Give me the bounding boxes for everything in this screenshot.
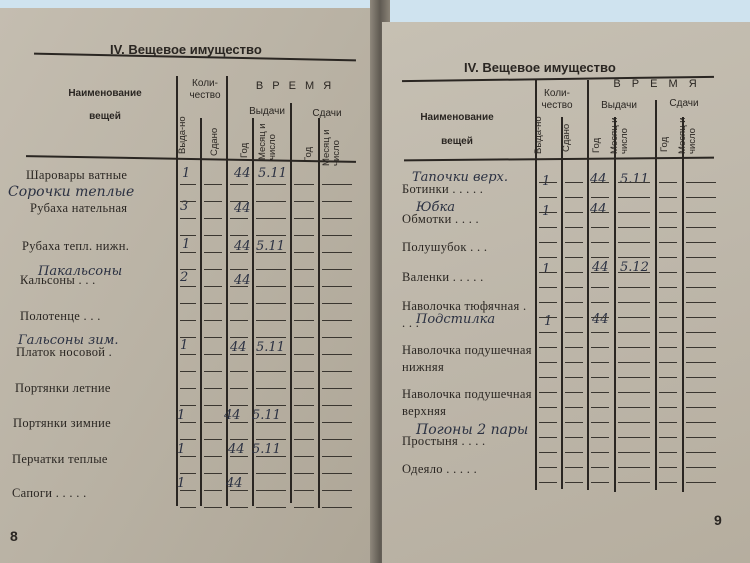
row-dash xyxy=(618,272,650,273)
row-dash xyxy=(256,439,286,440)
row-dash xyxy=(591,272,609,273)
row-dash xyxy=(180,422,196,423)
row-dash xyxy=(659,182,677,183)
row-dash xyxy=(256,405,286,406)
row-dash xyxy=(686,362,716,363)
row-dash xyxy=(565,317,583,318)
handwritten-row-8: Погоны 2 пары xyxy=(416,422,528,438)
row-dash xyxy=(230,371,248,372)
row-dash xyxy=(686,422,716,423)
row-dash xyxy=(180,337,196,338)
header-return: Сдачи xyxy=(654,98,714,109)
qty-row-1: 1 xyxy=(182,166,190,181)
row-dash xyxy=(539,437,557,438)
item-row-1: Шаровары ватные xyxy=(26,168,127,183)
row-dash xyxy=(686,227,716,228)
row-dash xyxy=(565,182,583,183)
handwritten-row-1: Тапочки верх. xyxy=(412,170,508,185)
row-dash xyxy=(322,252,352,253)
header-year2: Год xyxy=(304,132,314,162)
item-row-9: Одеяло . . . . . xyxy=(402,462,477,477)
row-dash xyxy=(322,473,352,474)
qty-row-6: 1 xyxy=(180,338,188,353)
header-month-day: Месяц и число xyxy=(258,120,288,160)
row-dash xyxy=(294,507,314,508)
row-dash xyxy=(591,257,609,258)
row-dash xyxy=(565,407,583,408)
row-dash xyxy=(591,437,609,438)
row-dash xyxy=(539,422,557,423)
row-dash xyxy=(294,337,314,338)
row-dash xyxy=(230,422,248,423)
header-name: Наименование xyxy=(40,88,170,99)
row-dash xyxy=(591,317,609,318)
date-row-1: 5.11 xyxy=(620,172,649,187)
row-dash xyxy=(659,242,677,243)
row-dash xyxy=(591,362,609,363)
row-dash xyxy=(618,317,650,318)
row-dash xyxy=(618,227,650,228)
page-number: 8 xyxy=(10,528,18,544)
row-dash xyxy=(322,286,352,287)
row-dash xyxy=(591,482,609,483)
qty-row-10: 1 xyxy=(177,476,185,491)
header-return: Сдачи xyxy=(302,108,352,119)
row-dash xyxy=(539,317,557,318)
row-dash xyxy=(565,332,583,333)
row-dash xyxy=(322,456,352,457)
row-dash xyxy=(294,456,314,457)
header-quantity2: чество xyxy=(532,100,582,111)
row-dash xyxy=(539,227,557,228)
year-row-1: 44 xyxy=(234,166,251,181)
handwritten-row-5: Подстилка xyxy=(416,312,495,327)
row-dash xyxy=(230,354,248,355)
row-dash xyxy=(180,286,196,287)
row-dash xyxy=(204,439,222,440)
header-name2: вещей xyxy=(402,136,512,147)
row-dash xyxy=(230,303,248,304)
year-row-2: 44 xyxy=(590,202,607,217)
item-row-5: Полотенце . . . xyxy=(20,309,101,324)
row-dash xyxy=(294,235,314,236)
row-dash xyxy=(618,362,650,363)
header-time: В Р Е М Я xyxy=(240,80,350,92)
col-divider xyxy=(290,103,292,503)
row-dash xyxy=(230,269,248,270)
row-dash xyxy=(204,490,222,491)
row-dash xyxy=(294,354,314,355)
row-dash xyxy=(294,184,314,185)
row-dash xyxy=(659,317,677,318)
row-dash xyxy=(256,184,286,185)
row-dash xyxy=(230,320,248,321)
row-dash xyxy=(565,482,583,483)
row-dash xyxy=(180,252,196,253)
row-dash xyxy=(204,269,222,270)
row-dash xyxy=(539,197,557,198)
row-dash xyxy=(659,482,677,483)
row-dash xyxy=(659,197,677,198)
row-dash xyxy=(591,302,609,303)
row-dash xyxy=(618,332,650,333)
row-dash xyxy=(180,269,196,270)
row-dash xyxy=(204,303,222,304)
row-dash xyxy=(322,405,352,406)
row-dash xyxy=(180,184,196,185)
row-dash xyxy=(539,362,557,363)
row-dash xyxy=(230,201,248,202)
handwritten-row-2: Юбка xyxy=(416,200,455,215)
row-dash xyxy=(539,482,557,483)
item-row-3: Рубаха тепл. нижн. xyxy=(22,239,129,254)
row-dash xyxy=(230,235,248,236)
row-dash xyxy=(618,242,650,243)
row-dash xyxy=(686,317,716,318)
row-dash xyxy=(659,362,677,363)
row-dash xyxy=(294,473,314,474)
header-returned: Сдано xyxy=(210,118,220,156)
row-dash xyxy=(230,507,248,508)
year-row-8: 44 xyxy=(224,408,241,423)
row-dash xyxy=(230,473,248,474)
row-dash xyxy=(204,473,222,474)
row-dash xyxy=(618,302,650,303)
row-dash xyxy=(565,272,583,273)
left-page: IV. Вещевое имущество Наименование вещей… xyxy=(0,8,378,563)
row-dash xyxy=(294,269,314,270)
row-dash xyxy=(294,218,314,219)
row-dash xyxy=(204,184,222,185)
row-dash xyxy=(204,320,222,321)
row-dash xyxy=(618,392,650,393)
row-dash xyxy=(256,507,286,508)
row-dash xyxy=(204,235,222,236)
row-dash xyxy=(659,287,677,288)
row-dash xyxy=(565,257,583,258)
row-dash xyxy=(659,272,677,273)
row-dash xyxy=(686,272,716,273)
row-dash xyxy=(618,482,650,483)
date-row-8: 5.11 xyxy=(252,408,281,423)
row-dash xyxy=(180,507,196,508)
row-dash xyxy=(230,439,248,440)
row-dash xyxy=(591,332,609,333)
item-row-7: Наволочка подушечная верхняя xyxy=(402,386,532,420)
row-dash xyxy=(204,405,222,406)
row-dash xyxy=(659,467,677,468)
row-dash xyxy=(618,377,650,378)
row-dash xyxy=(256,388,286,389)
row-dash xyxy=(180,218,196,219)
row-dash xyxy=(659,347,677,348)
row-dash xyxy=(618,257,650,258)
row-dash xyxy=(204,337,222,338)
header-year: Год xyxy=(592,127,602,153)
row-dash xyxy=(659,437,677,438)
row-dash xyxy=(618,182,650,183)
row-dash xyxy=(618,452,650,453)
row-dash xyxy=(539,332,557,333)
row-dash xyxy=(565,212,583,213)
row-dash xyxy=(686,302,716,303)
row-dash xyxy=(294,371,314,372)
date-row-6: 5.11 xyxy=(256,340,285,355)
row-dash xyxy=(256,490,286,491)
row-dash xyxy=(322,184,352,185)
row-dash xyxy=(322,269,352,270)
item-row-6: Наволочка подушечная нижняя xyxy=(402,342,532,376)
header-issue: Выдачи xyxy=(236,106,298,117)
row-dash xyxy=(591,212,609,213)
row-dash xyxy=(686,212,716,213)
row-dash xyxy=(565,392,583,393)
row-dash xyxy=(322,439,352,440)
row-dash xyxy=(618,422,650,423)
row-dash xyxy=(294,439,314,440)
row-dash xyxy=(322,354,352,355)
right-page: IV. Вещевое имущество Наименование вещей… xyxy=(382,22,750,563)
row-dash xyxy=(591,182,609,183)
row-dash xyxy=(256,371,286,372)
row-dash xyxy=(180,303,196,304)
row-dash xyxy=(591,377,609,378)
page-number: 9 xyxy=(714,512,722,528)
col-divider xyxy=(614,117,616,492)
item-row-10: Сапоги . . . . . xyxy=(12,486,87,501)
row-dash xyxy=(565,227,583,228)
row-dash xyxy=(294,252,314,253)
handwritten-row-2: Сорочки теплые xyxy=(8,184,134,200)
row-dash xyxy=(294,201,314,202)
row-dash xyxy=(204,371,222,372)
row-dash xyxy=(539,257,557,258)
row-dash xyxy=(565,302,583,303)
row-dash xyxy=(659,392,677,393)
row-dash xyxy=(591,197,609,198)
row-dash xyxy=(565,347,583,348)
row-dash xyxy=(180,235,196,236)
row-dash xyxy=(294,303,314,304)
row-dash xyxy=(256,252,286,253)
row-dash xyxy=(539,407,557,408)
item-row-3: Полушубок . . . xyxy=(402,240,487,255)
row-dash xyxy=(322,320,352,321)
row-dash xyxy=(256,286,286,287)
row-dash xyxy=(659,332,677,333)
row-dash xyxy=(591,452,609,453)
row-dash xyxy=(618,407,650,408)
row-dash xyxy=(686,287,716,288)
row-dash xyxy=(539,287,557,288)
row-dash xyxy=(565,362,583,363)
handwritten-row-6: Гальсоны зим. xyxy=(18,333,118,348)
row-dash xyxy=(539,182,557,183)
row-dash xyxy=(618,212,650,213)
row-dash xyxy=(659,407,677,408)
row-dash xyxy=(686,377,716,378)
date-row-1: 5.11 xyxy=(258,166,287,181)
row-dash xyxy=(256,337,286,338)
row-dash xyxy=(256,303,286,304)
row-dash xyxy=(618,467,650,468)
qty-row-4: 1 xyxy=(542,262,550,277)
row-dash xyxy=(686,437,716,438)
row-dash xyxy=(230,286,248,287)
row-dash xyxy=(322,507,352,508)
row-dash xyxy=(539,452,557,453)
row-dash xyxy=(539,242,557,243)
row-dash xyxy=(230,218,248,219)
row-dash xyxy=(539,302,557,303)
header-quantity2: чество xyxy=(180,90,230,101)
row-dash xyxy=(294,388,314,389)
year-row-1: 44 xyxy=(590,172,607,187)
header-quantity: Коли- xyxy=(180,78,230,89)
row-dash xyxy=(591,392,609,393)
row-dash xyxy=(256,422,286,423)
row-dash xyxy=(565,287,583,288)
col-divider xyxy=(318,118,320,508)
row-dash xyxy=(180,354,196,355)
year-row-2: 44 xyxy=(234,201,251,216)
row-dash xyxy=(180,320,196,321)
row-dash xyxy=(659,422,677,423)
row-dash xyxy=(686,242,716,243)
row-dash xyxy=(256,235,286,236)
qty-row-8: 1 xyxy=(177,408,185,423)
row-dash xyxy=(591,227,609,228)
qty-row-3: 1 xyxy=(182,237,190,252)
section-title: IV. Вещевое имущество xyxy=(464,60,616,75)
row-dash xyxy=(180,490,196,491)
row-dash xyxy=(659,377,677,378)
year-row-9: 44 xyxy=(228,442,245,457)
header-quantity: Коли- xyxy=(532,88,582,99)
row-dash xyxy=(322,388,352,389)
header-name: Наименование xyxy=(402,112,512,123)
row-dash xyxy=(591,467,609,468)
qty-row-4: 2 xyxy=(180,270,188,285)
col-divider xyxy=(655,100,657,490)
row-dash xyxy=(294,286,314,287)
row-dash xyxy=(180,439,196,440)
col-divider xyxy=(200,118,202,506)
year-row-6: 44 xyxy=(230,340,247,355)
row-dash xyxy=(591,347,609,348)
header-issue: Выдачи xyxy=(588,100,650,111)
row-dash xyxy=(322,201,352,202)
row-dash xyxy=(204,252,222,253)
row-dash xyxy=(591,407,609,408)
row-dash xyxy=(591,422,609,423)
row-dash xyxy=(256,354,286,355)
row-dash xyxy=(256,456,286,457)
row-dash xyxy=(591,287,609,288)
row-dash xyxy=(565,452,583,453)
row-dash xyxy=(659,257,677,258)
row-dash xyxy=(322,337,352,338)
row-dash xyxy=(256,218,286,219)
item-row-9: Перчатки теплые xyxy=(12,452,108,467)
row-dash xyxy=(565,437,583,438)
row-dash xyxy=(686,347,716,348)
row-dash xyxy=(256,269,286,270)
row-dash xyxy=(230,456,248,457)
row-dash xyxy=(204,507,222,508)
header-returned: Сдано xyxy=(562,120,572,152)
row-dash xyxy=(618,347,650,348)
row-dash xyxy=(322,422,352,423)
row-dash xyxy=(565,377,583,378)
col-divider xyxy=(561,117,563,489)
row-dash xyxy=(256,320,286,321)
row-dash xyxy=(230,337,248,338)
row-dash xyxy=(294,490,314,491)
row-dash xyxy=(204,286,222,287)
row-dash xyxy=(539,272,557,273)
row-dash xyxy=(230,252,248,253)
col-divider xyxy=(587,80,589,490)
row-dash xyxy=(539,392,557,393)
row-dash xyxy=(230,405,248,406)
row-dash xyxy=(294,422,314,423)
row-dash xyxy=(204,422,222,423)
row-dash xyxy=(565,242,583,243)
row-dash xyxy=(539,212,557,213)
row-dash xyxy=(686,332,716,333)
row-dash xyxy=(322,218,352,219)
row-dash xyxy=(591,242,609,243)
col-divider xyxy=(682,117,684,492)
item-row-7: Портянки летние xyxy=(15,381,111,396)
row-dash xyxy=(618,197,650,198)
row-dash xyxy=(230,388,248,389)
handwritten-row-4: Пакальсоны xyxy=(38,264,122,279)
item-row-4: Валенки . . . . . xyxy=(402,270,484,285)
date-row-9: 5.11 xyxy=(252,442,281,457)
header-time: В Р Е М Я xyxy=(592,78,722,90)
row-dash xyxy=(204,456,222,457)
year-row-10: 44 xyxy=(226,476,243,491)
row-dash xyxy=(618,287,650,288)
row-dash xyxy=(618,437,650,438)
row-dash xyxy=(686,452,716,453)
row-dash xyxy=(180,405,196,406)
row-dash xyxy=(659,212,677,213)
row-dash xyxy=(539,347,557,348)
row-dash xyxy=(539,377,557,378)
header-name2: вещей xyxy=(40,111,170,122)
row-dash xyxy=(322,371,352,372)
row-dash xyxy=(180,388,196,389)
row-dash xyxy=(659,227,677,228)
row-dash xyxy=(256,201,286,202)
row-dash xyxy=(565,422,583,423)
header-year: Год xyxy=(240,128,250,158)
row-dash xyxy=(659,452,677,453)
row-dash xyxy=(180,456,196,457)
header-year2: Год xyxy=(660,126,670,152)
row-dash xyxy=(539,467,557,468)
row-dash xyxy=(180,201,196,202)
row-dash xyxy=(686,182,716,183)
header-issued: Выда-но xyxy=(178,116,188,154)
row-dash xyxy=(565,467,583,468)
row-dash xyxy=(230,490,248,491)
qty-row-9: 1 xyxy=(177,442,185,457)
row-dash xyxy=(565,197,583,198)
